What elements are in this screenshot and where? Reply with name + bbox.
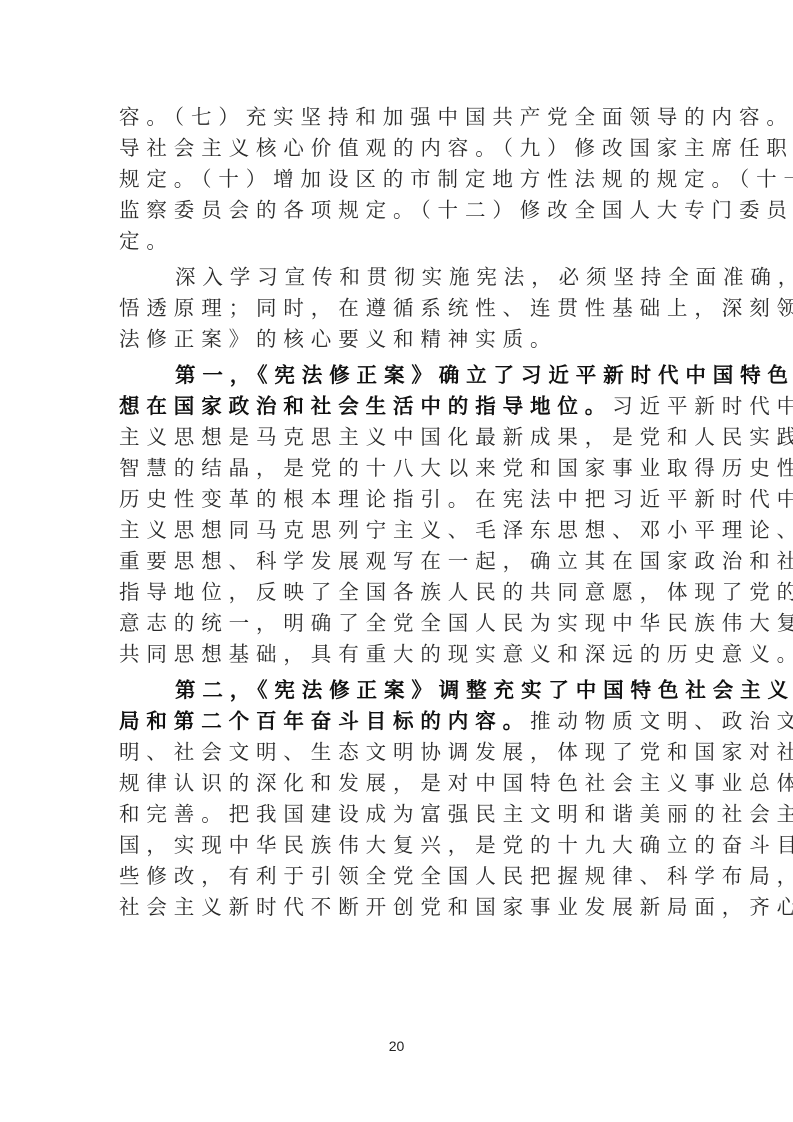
text-line: 国，实现中华民族伟大复兴，是党的十九大确立的奋斗目标。作出这 [119,830,675,861]
paragraph-start-line: 第一，《宪法修正案》确立了习近平新时代中国特色社会主义思 [119,360,675,391]
paragraph-start-line: 第二，《宪法修正案》调整充实了中国特色社会主义事业总体布 [119,675,675,706]
lead-sentence: 第一，《宪法修正案》确立了习近平新时代中国特色社会主义思 [175,363,793,387]
text-line: 监察委员会的各项规定。（十二）修改全国人大专门委员会的有关规 [119,195,675,226]
document-page: 容。（七）充实坚持和加强中国共产党全面领导的内容。（八）增加倡 导社会主义核心价… [0,0,793,1122]
text-line: 和完善。把我国建设成为富强民主文明和谐美丽的社会主义现代化强 [119,799,675,830]
text-line: 历史性变革的根本理论指引。在宪法中把习近平新时代中国特色社会 [119,484,675,515]
text-line: 导社会主义核心价值观的内容。（九）修改国家主席任职方面的有关 [119,133,675,164]
text-line: 规律认识的深化和发展，是对中国特色社会主义事业总体布局的丰富 [119,768,675,799]
text-line: 智慧的结晶，是党的十八大以来党和国家事业取得历史性成就、发生 [119,453,675,484]
body-text: 容。（七）充实坚持和加强中国共产党全面领导的内容。（八）增加倡 导社会主义核心价… [119,102,675,923]
page-number: 20 [0,1038,793,1054]
text-line: 指导地位，反映了全国各族人民的共同意愿，体现了党的主张和人民 [119,577,675,608]
text-line: 主义思想是马克思主义中国化最新成果，是党和人民实践经验和集体 [119,422,675,453]
text-line: 共同思想基础，具有重大的现实意义和深远的历史意义。 [119,639,675,670]
text-line: 想在国家政治和社会生活中的指导地位。习近平新时代中国特色社会 [119,391,675,422]
text-span: 推动物质文明、政治文明、精神文 [530,709,793,733]
text-line: 局和第二个百年奋斗目标的内容。推动物质文明、政治文明、精神文 [119,706,675,737]
text-span: 习近平新时代中国特色社会 [612,394,793,418]
text-line: 悟透原理；同时，在遵循系统性、连贯性基础上，深刻领会和把握《宪 [119,293,675,324]
text-line: 法修正案》的核心要义和精神实质。 [119,324,675,355]
lead-sentence: 第二，《宪法修正案》调整充实了中国特色社会主义事业总体布 [175,678,793,702]
text-line: 重要思想、科学发展观写在一起，确立其在国家政治和社会生活中的 [119,546,675,577]
lead-sentence: 局和第二个百年奋斗目标的内容。 [119,709,530,733]
text-line: 些修改，有利于引领全党全国人民把握规律、科学布局，在中国特色 [119,861,675,892]
text-line: 意志的统一，明确了全党全国人民为实现中华民族伟大复兴而奋斗的 [119,608,675,639]
paragraph-start-line: 深入学习宣传和贯彻实施宪法，必须坚持全面准确，学懂原文、 [119,262,675,293]
text-line: 规定。（十）增加设区的市制定地方性法规的规定。（十一）增加有关 [119,164,675,195]
lead-sentence: 想在国家政治和社会生活中的指导地位。 [119,394,612,418]
text-line: 容。（七）充实坚持和加强中国共产党全面领导的内容。（八）增加倡 [119,102,675,133]
text-line: 主义思想同马克思列宁主义、毛泽东思想、邓小平理论、“三个代表” [119,515,675,546]
text-line: 明、社会文明、生态文明协调发展，体现了党和国家对社会主义建设 [119,737,675,768]
text-line: 定。 [119,226,675,257]
text-line: 社会主义新时代不断开创党和国家事业发展新局面，齐心协力为实现 [119,892,675,923]
